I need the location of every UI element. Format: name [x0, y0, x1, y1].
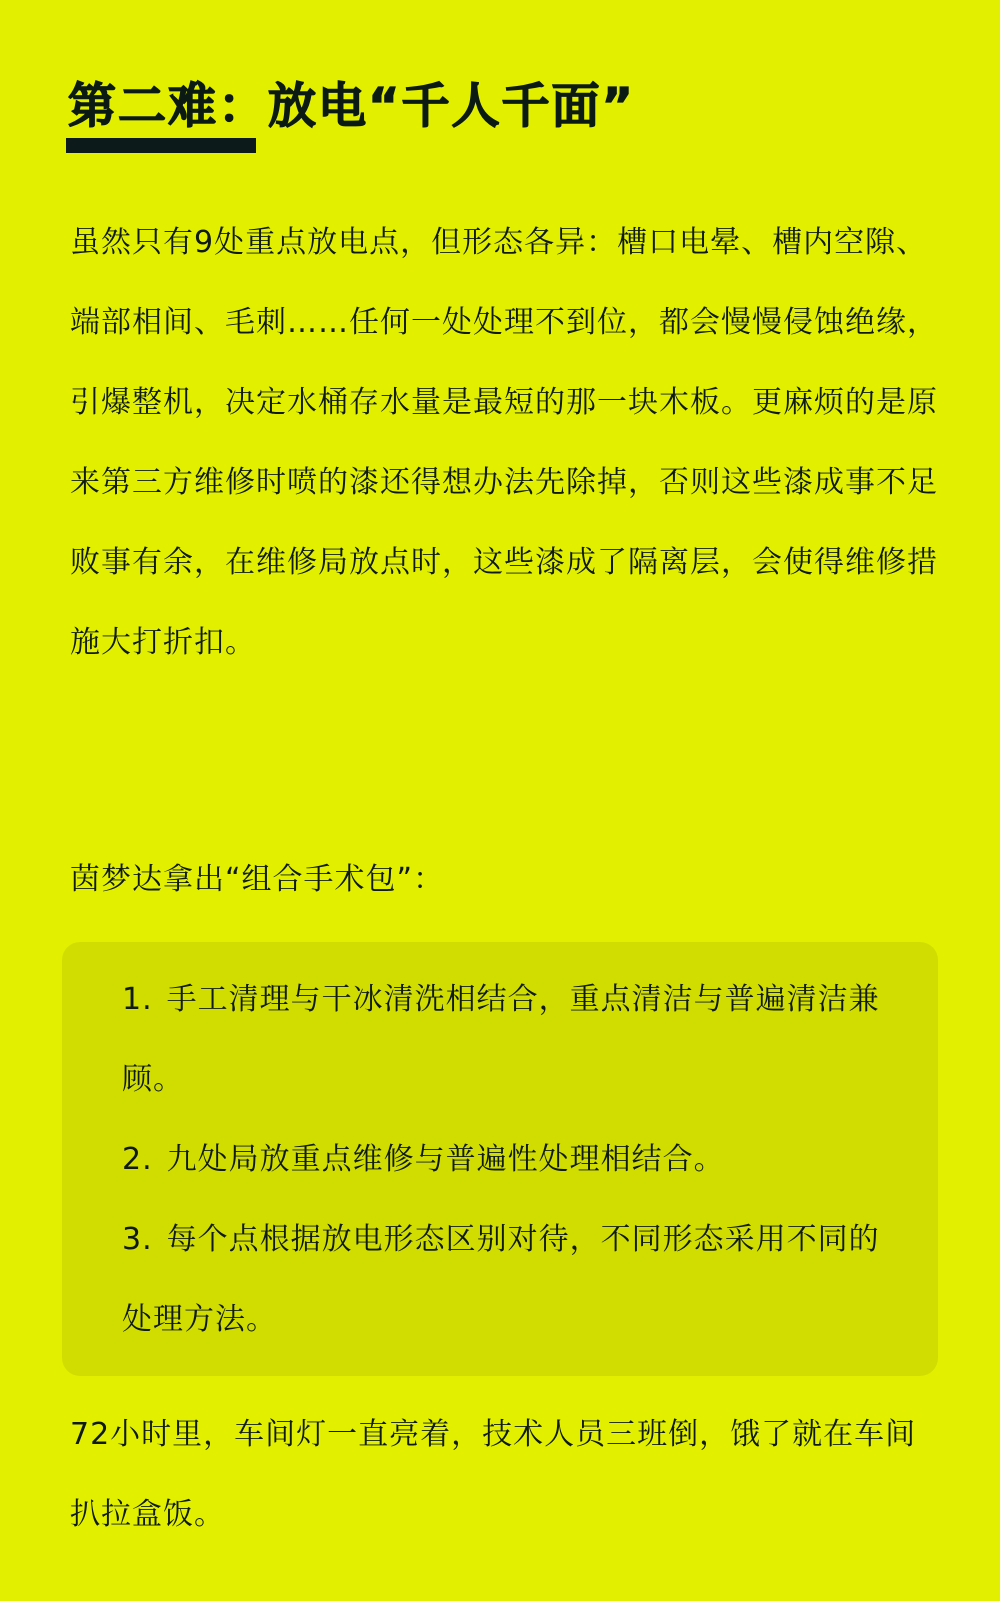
list-item-number: 3.	[122, 1200, 153, 1280]
list-item: 1.手工清理与干冰清洗相结合，重点清洁与普遍清洁兼顾。	[122, 960, 882, 1120]
measures-list: 1.手工清理与干冰清洗相结合，重点清洁与普遍清洁兼顾。 2.九处局放重点维修与普…	[122, 960, 882, 1360]
list-item-number: 1.	[122, 960, 153, 1040]
list-item-text: 每个点根据放电形态区别对待，不同形态采用不同的处理方法。	[122, 1222, 880, 1337]
closing-paragraph: 72小时里，车间灯一直亮着，技术人员三班倒，饿了就在车间扒拉盒饭。	[70, 1395, 940, 1555]
list-item-text: 九处局放重点维修与普遍性处理相结合。	[167, 1142, 725, 1177]
list-item-number: 2.	[122, 1120, 153, 1200]
lead-in-paragraph: 茵梦达拿出“组合手术包”：	[70, 840, 940, 920]
list-item-text: 手工清理与干冰清洗相结合，重点清洁与普遍清洁兼顾。	[122, 982, 880, 1097]
intro-paragraph: 虽然只有9处重点放电点，但形态各异：槽口电晕、槽内空隙、端部相间、毛刺……任何一…	[70, 203, 940, 683]
section-title: 第二难：放电“千人千面”	[68, 70, 635, 142]
article-page: 第二难：放电“千人千面” 虽然只有9处重点放电点，但形态各异：槽口电晕、槽内空隙…	[0, 0, 1000, 1601]
title-underline-bar	[66, 138, 256, 153]
list-item: 3.每个点根据放电形态区别对待，不同形态采用不同的处理方法。	[122, 1200, 882, 1360]
list-item: 2.九处局放重点维修与普遍性处理相结合。	[122, 1120, 882, 1200]
